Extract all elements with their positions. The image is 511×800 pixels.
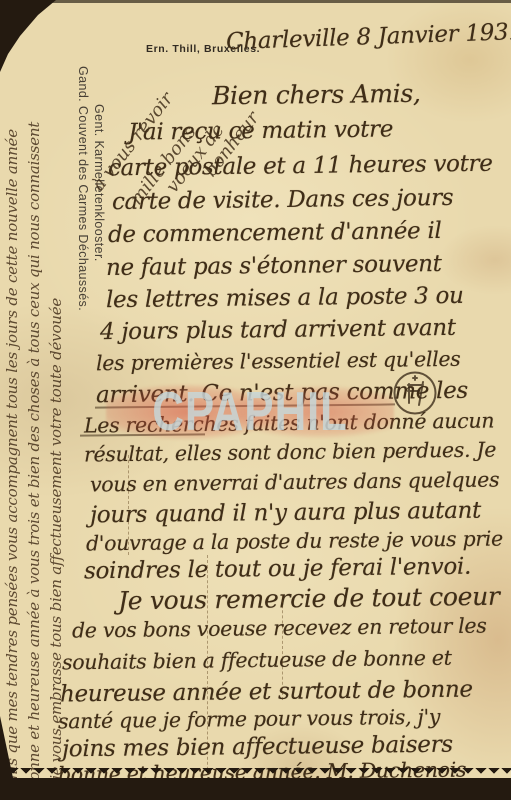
handwritten-date: Charleville 8 Janvier 1931: [226, 19, 511, 55]
margin-handwriting: je vous embrasse tous bien affectueuseme…: [47, 298, 65, 780]
handwritten-line: ne faut pas s'étonner souvent: [106, 251, 442, 281]
handwritten-line: vous en enverrai d'autres dans quelques: [90, 468, 499, 497]
handwritten-line: souhaits bien a ffectueuse de bonne et: [62, 646, 452, 675]
handwritten-line: de commencement d'année il: [108, 218, 442, 248]
handwritten-line: heureuse année et surtout de bonne: [60, 676, 473, 707]
handwritten-line: 4 jours plus tard arrivent avant: [100, 315, 456, 345]
photo-backdrop-top-edge: [0, 0, 511, 3]
crease-line: [282, 595, 283, 700]
crease-line: [128, 455, 129, 555]
photo-backdrop-bottom-edge: [0, 778, 511, 800]
margin-handwriting: bonne et heureuse année à vous trois et …: [25, 122, 43, 790]
deckled-edge: [0, 768, 511, 778]
handwritten-line: carte de visite. Dans ces jours: [112, 185, 454, 215]
handwritten-line: d'ouvrage a la poste du reste je vous pr…: [86, 526, 503, 555]
handwritten-line: santé que je forme pour vous trois, j'y: [58, 705, 440, 734]
monogram-seal-icon: [391, 369, 439, 417]
crease-line: [207, 555, 208, 795]
handwritten-line: les lettres mises a la poste 3 ou: [106, 283, 464, 313]
postcard-back-photo: Ern. Thill, Bruxelles. Gand. Couvent des…: [0, 0, 511, 800]
handwritten-line: jours quand il n'y aura plus autant: [90, 498, 481, 529]
handwritten-line: Bien chers Amis,: [212, 79, 421, 111]
watermark-text: CPAPHIL: [133, 381, 367, 441]
caption-french: Gand. Couvent des Carmes Déchaussés.: [76, 66, 90, 311]
photo-backdrop-corner: [0, 0, 56, 72]
handwritten-line: Je vous remercie de tout coeur: [118, 582, 500, 616]
handwritten-line: soindres le tout ou je ferai l'envoi.: [84, 554, 471, 585]
handwritten-line: de vos bons voeuse recevez en retour les: [72, 613, 487, 642]
margin-handwriting: amis que mes tendres pensées vous accomp…: [3, 129, 21, 793]
